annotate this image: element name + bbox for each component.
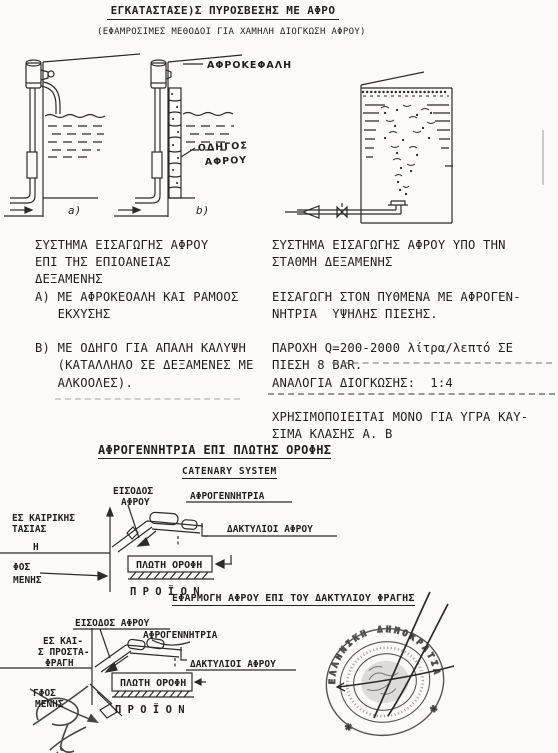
label-foam-generators: ΑΦΡΟΓΕΝΝΗΤΡΙΑ bbox=[190, 491, 265, 502]
tank-a-letter: a) bbox=[68, 204, 81, 217]
figure-surface-tanks: a) b) ΑΦΡΟΚΕΦΑΛΗ · ΟΔΗΓΟΣ ΑΦΡΟΥ bbox=[2, 52, 292, 238]
page-title-text: ΕΓΚΑΤΑΣΤΑΣΕ)Σ ΠΥΡΟΣΒΕΣΗΣ ΜΕ ΑΦΡΟ bbox=[107, 4, 340, 20]
label-foam-inlet-2: ΑΦΡΟΥ bbox=[121, 497, 150, 508]
text-line: ΑΝΑΛΟΓΙΑ ΔΙΟΓΚΩΣΗΣ: 1:4 bbox=[272, 375, 528, 392]
label-product: Π Ρ Ο Ϊ Ο Ν bbox=[115, 702, 185, 716]
label-floating-roof: ΠΛΩΤΗ ΟΡΟΦΗ bbox=[120, 678, 186, 689]
stamp-star-right: ✱ bbox=[429, 704, 439, 716]
section-heading-roof: ΑΦΡΟΓΕΝΝΗΤΡΙΑ ΕΠΙ ΠΛΩΤΗΣ ΟΡΟΦΗΣ bbox=[98, 443, 331, 459]
text-line: ΕΚΧΥΣΗΣ bbox=[35, 306, 254, 323]
label-weather-1: ΕΣ ΚΑΙΡΙΚΗΣ bbox=[12, 513, 75, 524]
label-floating-roof: ΠΛΩΤΗ ΟΡΟΦΗ bbox=[136, 560, 202, 571]
text-line: ΣΥΣΤΗΜΑ ΕΙΣΑΓΩΓΗΣ ΑΦΡΟΥ ΥΠΟ ΤΗΝ bbox=[272, 237, 528, 254]
text-line: ΑΛΚΟΟΛΕΣ). bbox=[35, 375, 254, 392]
text-line: ΕΙΣΑΓΩΓΗ ΣΤΟΝ ΠΥΘΜΕΝΑ ΜΕ ΑΦΡΟΓΕΝ- bbox=[272, 289, 528, 306]
label-weather-1: ΕΣ ΚΑΙ- bbox=[43, 636, 83, 647]
text-line: ΔΕΞΑΜΕΝΗΣ bbox=[35, 271, 254, 288]
label-foam-generators: ΑΦΡΟΓΕΝΝΗΤΡΙΑ bbox=[143, 630, 218, 641]
text-line: ΠΑΡΟΧΗ Q=200-2000 λίτρα/λεπτό ΣΕ bbox=[272, 340, 528, 357]
text-line: ΧΡΗΣΙΜΟΠΟΙΕΙΤΑΙ ΜΟΝΟ ΓΙΑ ΥΓΡΑ ΚΑΥ- bbox=[272, 409, 528, 426]
text-line: (ΚΑΤΑΛΛΗΛΟ ΣΕ ΔΕΞΑΜΕΝΕΣ ΜΕ bbox=[35, 357, 254, 374]
label-barrier: ΦΡΑΓΗ bbox=[45, 658, 74, 669]
label-tank-1: ΦΟΣ bbox=[13, 562, 30, 573]
scanned-document-page: { "doc": { "title": "ΕΓΚΑΤΑΣΤΑΣΕ)Σ ΠΥΡΟΣ… bbox=[0, 0, 558, 753]
foam-guide-annotation-1: ΟΔΗΓΟΣ bbox=[198, 140, 249, 154]
page-title: ΕΓΚΑΤΑΣΤΑΣΕ)Σ ΠΥΡΟΣΒΕΣΗΣ ΜΕ ΑΦΡΟ bbox=[0, 4, 446, 20]
official-stamp: ΕΛΛΗΝΙΚΗ ΔΗΜΟΚΡΑΤΙΑ ✱ ✱ bbox=[308, 590, 478, 753]
subsurface-system-text: ΣΥΣΤΗΜΑ ΕΙΣΑΓΩΓΗΣ ΑΦΡΟΥ ΥΠΟ ΤΗΝ ΣΤΑΘΜΗ Δ… bbox=[272, 237, 528, 443]
text-line: ΣΥΣΤΗΜΑ ΕΙΣΑΓΩΓΗΣ ΑΦΡΟΥ bbox=[35, 237, 254, 254]
scan-smudge bbox=[332, 362, 552, 364]
diagram-dam: ΕΙΣΟΔΟΣ ΑΦΡΟΥ ΑΦΡΟΓΕΝΝΗΤΡΙΑ ΕΣ ΚΑΙ- Σ ΠΡ… bbox=[0, 612, 350, 753]
label-tank-2: ΜΕΝΗΣ bbox=[13, 575, 42, 586]
figure-subsurface-tank bbox=[285, 58, 558, 235]
tank-a-drawing bbox=[4, 54, 140, 217]
text-line: ΝΗΤΡΙΑ ΥΨΗΛΗΣ ΠΙΕΣΗΣ. bbox=[272, 306, 528, 323]
stamp-star-left: ✱ bbox=[344, 722, 354, 734]
label-weather-2: ΤΑΣΙΑΣ bbox=[12, 524, 47, 535]
label-h: Η bbox=[33, 542, 39, 553]
text-line bbox=[272, 323, 528, 340]
label-foam-inlet: ΕΙΣΟΔΟΣ ΑΦΡΟΥ bbox=[75, 618, 150, 629]
label-tank-1: ΓΦΟΣ bbox=[33, 688, 56, 699]
text-line bbox=[272, 271, 528, 288]
text-line bbox=[35, 323, 254, 340]
tank-c-drawing bbox=[285, 72, 543, 223]
text-line: ΣΤΑΘΜΗ ΔΕΞΑΜΕΝΗΣ bbox=[272, 254, 528, 271]
section-subheading-catenary: CATENARY SYSTEM bbox=[182, 466, 277, 479]
text-line: Α) ΜΕ ΑΦΡΟΚΕΟΑΛΗ ΚΑΙ ΡΑΜΟΟΣ bbox=[35, 289, 254, 306]
label-foam-rings: ΔΑΚΤΥΛΙΟΙ ΑΦΡΟΥ bbox=[227, 524, 313, 535]
text-line: ΕΠΙ ΤΗΣ ΕΠΙΟΑΝΕΙΑΣ bbox=[35, 254, 254, 271]
label-weather-2: Σ ΠΡΟΣΤΑ- bbox=[38, 647, 89, 658]
tank-b-letter: b) bbox=[196, 204, 209, 217]
tank-b-drawing bbox=[114, 55, 242, 217]
scan-smudge bbox=[55, 398, 240, 400]
surface-system-text: ΣΥΣΤΗΜΑ ΕΙΣΑΓΩΓΗΣ ΑΦΡΟΥ ΕΠΙ ΤΗΣ ΕΠΙΟΑΝΕΙ… bbox=[35, 237, 254, 392]
foam-guide-annotation-2: ΑΦΡΟΥ bbox=[205, 155, 248, 168]
label-tank-2: ΜΕΝΗΣ bbox=[35, 699, 64, 710]
text-line: Β) ΜΕ ΟΔΗΓΟ ΓΙΑ ΑΠΑΛΗ ΚΑΛΥΨΗ bbox=[35, 340, 254, 357]
label-foam-rings: ΔΑΚΤΥΛΙΟΙ ΑΦΡΟΥ bbox=[190, 659, 276, 670]
text-line: ΠΙΕΣΗ 8 BAR. bbox=[272, 357, 528, 374]
label-foam-inlet-1: ΕΙΣΟΔΟΣ bbox=[113, 486, 153, 497]
scan-smudge bbox=[268, 393, 555, 395]
foam-head-annotation: ΑΦΡΟΚΕΦΑΛΗ · bbox=[207, 60, 292, 71]
page-subtitle: (ΕΦΑΜΡΟΣΙΜΕΣ ΜΕΘΟΔΟΙ ΓΙΑ ΧΑΜΗΛΗ ΔΙΟΓΚΩΣΗ… bbox=[97, 27, 366, 37]
text-line: ΣΙΜΑ ΚΛΑΣΗΣ Α. Β bbox=[272, 426, 528, 443]
